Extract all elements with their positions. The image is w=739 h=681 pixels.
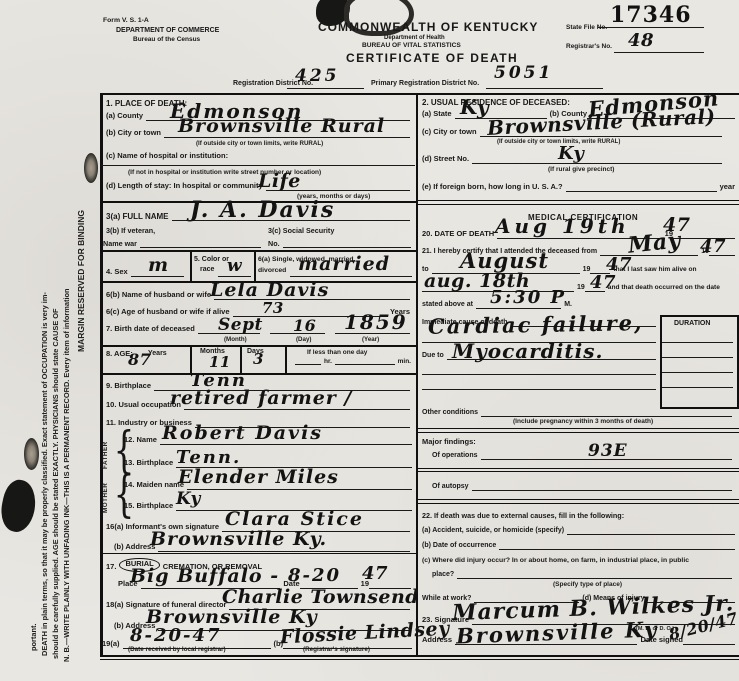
less-than-day-label: If less than one day — [307, 349, 367, 356]
year-suffix: year — [717, 183, 735, 192]
full-name-label: 3(a) FULL NAME — [106, 212, 172, 221]
section-divider — [416, 204, 739, 205]
burial-place-entry: Big Buffalo - — [130, 567, 279, 586]
street-note: (If rural give precinct) — [548, 166, 614, 173]
mother-maiden-entry: Elender Miles — [178, 468, 339, 487]
write-line — [457, 576, 732, 579]
section-divider — [100, 373, 416, 375]
death-certificate-page: MARGIN RESERVED FOR BINDING N. B.—WRITE … — [0, 0, 739, 681]
age-months-entry: 11 — [209, 355, 231, 370]
binding-hole-icon — [84, 153, 98, 183]
duration-box — [660, 315, 739, 409]
write-line — [287, 88, 364, 89]
printed-19: 19 — [580, 266, 591, 274]
father-birthplace-entry: Tenn. — [176, 449, 241, 467]
birth-date-label: 7. Birth date of deceased — [106, 325, 198, 334]
department-of-commerce: DEPARTMENT OF COMMERCE — [116, 27, 219, 35]
certificate-title: CERTIFICATE OF DEATH — [346, 52, 518, 66]
age-days-entry: 3 — [253, 352, 264, 367]
primary-district-label: Primary Registration District No. — [371, 80, 479, 88]
social-security-label: 3(c) Social Security — [268, 227, 334, 235]
section-divider — [100, 345, 416, 347]
registrar-number-label: Registrar's No. — [566, 43, 612, 50]
cell-divider — [190, 345, 192, 373]
section-divider — [416, 200, 739, 201]
street-entry: Ky — [558, 145, 584, 163]
registration-district-entry: 425 — [295, 68, 340, 85]
write-line — [472, 161, 722, 164]
length-of-stay-entry: Life — [258, 172, 301, 191]
rule-line — [101, 165, 415, 166]
specify-place-note: (Specify type of place) — [553, 581, 622, 588]
form-number: Form V. S. 1-A — [103, 17, 149, 25]
bureau-vital-statistics: BUREAU OF VITAL STATISTICS — [362, 42, 461, 50]
sex-label: 4. Sex — [106, 268, 131, 277]
form-center-divider — [416, 93, 418, 657]
write-line — [567, 532, 735, 535]
occupation-entry: retired farmer / — [170, 389, 352, 408]
rule-line — [422, 389, 656, 390]
external-causes-title: 22. If death was due to external causes,… — [422, 512, 624, 520]
pregnancy-note: (Include pregnancy within 3 months of de… — [513, 418, 653, 425]
write-line — [481, 414, 732, 417]
write-line — [614, 52, 704, 53]
stated-above-label: stated above at — [422, 301, 476, 309]
due-to-label: Due to — [422, 352, 447, 360]
write-line — [290, 276, 412, 277]
state-file-number: 17346 — [610, 2, 692, 28]
funeral-director-entry: Charlie Townsend — [222, 588, 419, 607]
write-line — [598, 27, 704, 28]
death-time-entry: 5:30 P — [490, 289, 566, 307]
received-note: (Date received by local registrar) — [128, 646, 226, 653]
section-divider — [416, 468, 739, 469]
date-of-death-label: 20. DATE OF DEATH — [422, 230, 497, 239]
accident-label: (a) Accident, suicide, or homicide (spec… — [422, 527, 567, 535]
res-state-entry: Ky — [460, 97, 489, 117]
city-label: (b) City or town — [106, 129, 164, 138]
attended-from-year-entry: 47 — [700, 238, 726, 256]
section-divider — [100, 553, 416, 554]
birth-month-entry: Sept — [218, 317, 263, 334]
rule-line — [662, 357, 733, 358]
write-line — [295, 362, 321, 365]
street-label: (d) Street No. — [422, 155, 472, 164]
race-entry: w — [227, 258, 242, 275]
form-bottom-border — [100, 655, 739, 657]
cell-divider — [285, 345, 287, 373]
duration-label: DURATION — [674, 320, 710, 328]
received-label: 19(a) — [102, 640, 123, 649]
father-name-label: 12. Name — [124, 436, 160, 445]
form-left-border — [100, 93, 103, 657]
birth-day-entry: 16 — [293, 318, 316, 334]
father-name-entry: Robert Davis — [162, 424, 323, 443]
spouse-age-entry: 73 — [262, 301, 284, 316]
write-line — [566, 189, 717, 192]
bureau-of-census: Bureau of the Census — [133, 36, 200, 43]
birth-year-entry: 1859 — [344, 312, 408, 332]
spouse-label: 6(b) Name of husband or wife — [106, 291, 214, 300]
mother-side-label: MOTHER — [102, 483, 109, 513]
binding-hole-icon — [24, 438, 39, 470]
registrar-signature-note: (Registrar's signature) — [303, 646, 370, 653]
rule-line — [662, 387, 733, 388]
min-label: min. — [395, 358, 411, 365]
name-war-label: Name war — [103, 240, 140, 248]
section-divider — [416, 499, 739, 500]
year-note: (Year) — [362, 336, 379, 343]
margin-binding-note: MARGIN RESERVED FOR BINDING — [76, 190, 86, 352]
margin-nb-line4: portant. — [29, 603, 38, 651]
primary-district-entry: 5051 — [494, 65, 553, 82]
res-state-label: (a) State — [422, 110, 455, 119]
major-findings-label: Major findings: — [422, 438, 476, 447]
divorced-label: divorced — [258, 267, 286, 275]
section-divider — [100, 250, 416, 252]
mother-birthplace-entry: Ky — [176, 491, 201, 508]
section-divider — [416, 432, 739, 433]
other-conditions-label: Other conditions — [422, 409, 481, 417]
informant-address-entry: Brownsville Ky. — [150, 530, 327, 549]
write-line — [499, 547, 735, 550]
rule-line — [422, 374, 656, 375]
color-race-label: 5. Color or — [194, 256, 229, 264]
city-note: (If outside city or town limits, write R… — [196, 140, 323, 147]
mother-birthplace-label: 15. Birthplace — [124, 502, 176, 511]
month-note: (Month) — [224, 336, 247, 343]
injury-where-label: (c) Where did injury occur? In or about … — [422, 557, 689, 565]
due-to-entry: Myocarditis. — [452, 341, 603, 361]
form-bottom-border-2 — [100, 659, 739, 660]
margin-nb-line3: DEATH in plain terms, so that it may be … — [40, 108, 49, 656]
rule-line — [662, 342, 733, 343]
birthplace-label: 9. Birthplace — [106, 382, 154, 391]
injury-place-label: place? — [432, 571, 457, 579]
write-line — [472, 488, 732, 491]
full-name-entry: J. A. Davis — [190, 199, 335, 221]
occurrence-date-label: (b) Date of occurrence — [422, 542, 499, 550]
death-occurred-label: and that death occurred on the date — [605, 284, 720, 292]
burial-year-entry: 47 — [362, 565, 388, 583]
burial-date-entry: 8-20 — [288, 567, 341, 585]
race-label: race — [200, 266, 214, 274]
hr-label: hr. — [321, 358, 332, 365]
operations-entry: 93E — [588, 443, 628, 460]
date-of-death-entry: Aug 19th — [495, 216, 630, 236]
marital-entry: married — [298, 255, 390, 274]
physician-address-entry: Brownsville Ky — [456, 618, 659, 646]
attended-from-entry: May — [627, 229, 682, 256]
write-line — [335, 362, 395, 365]
age-years-entry: 87 — [128, 352, 151, 368]
section-divider — [416, 503, 739, 504]
immediate-cause-entry: Cardiac failure, — [428, 312, 644, 337]
cell-divider — [254, 250, 256, 281]
hospital-label: (c) Name of hospital or institution: — [106, 152, 228, 161]
printed-19: 19 — [574, 284, 585, 292]
sex-entry: m — [148, 256, 169, 275]
county-label: (a) County — [106, 112, 146, 121]
city-entry: Brownsville Rural — [178, 117, 385, 136]
ssn-no-label: No. — [268, 240, 283, 248]
attended-to-entry: August — [460, 250, 549, 271]
write-line — [486, 88, 603, 89]
rule-line — [662, 372, 733, 373]
received-date-entry: 8-20-47 — [130, 627, 222, 645]
registrar-number-entry: 48 — [628, 32, 654, 50]
day-note: (Day) — [296, 336, 311, 343]
write-line — [140, 245, 261, 248]
father-side-label: FATHER — [102, 441, 109, 469]
commonwealth-title: COMMONWEALTH OF KENTUCKY — [318, 21, 538, 35]
ink-blot — [0, 477, 40, 535]
department-of-health: Department of Health — [384, 35, 445, 42]
margin-nb-line1: N. B.—WRITE PLAINLY WITH UNFADING INK—TH… — [62, 104, 71, 662]
write-line — [218, 276, 251, 277]
burial-number: 17. — [106, 563, 119, 572]
informant-entry: Clara Stice — [225, 510, 364, 529]
last-seen-year-entry: 47 — [590, 274, 616, 292]
physician-address-label: Address — [422, 636, 455, 645]
margin-nb-line2: should be carefully supplied. AGE should… — [51, 114, 60, 659]
autopsy-label: Of autopsy — [432, 483, 472, 491]
spouse-age-label: 6(c) Age of husband or wife if alive — [106, 308, 233, 317]
foreign-born-label: (e) If foreign born, how long in U. S. A… — [422, 183, 566, 192]
residence-title: 2. USUAL RESIDENCE OF DECEASED: — [422, 98, 570, 107]
section-divider — [416, 471, 739, 472]
cell-divider — [190, 250, 192, 281]
write-line — [683, 642, 735, 645]
spouse-entry: Lela Davis — [210, 281, 329, 300]
length-of-stay-label: (d) Length of stay: In hospital or commu… — [106, 182, 266, 191]
operations-label: Of operations — [432, 452, 481, 460]
cell-divider — [240, 345, 242, 373]
write-line — [283, 245, 411, 248]
section-divider — [416, 428, 739, 429]
veteran-label: 3(b) If veteran, — [106, 227, 155, 235]
res-city-label: (c) City or town — [422, 128, 480, 137]
